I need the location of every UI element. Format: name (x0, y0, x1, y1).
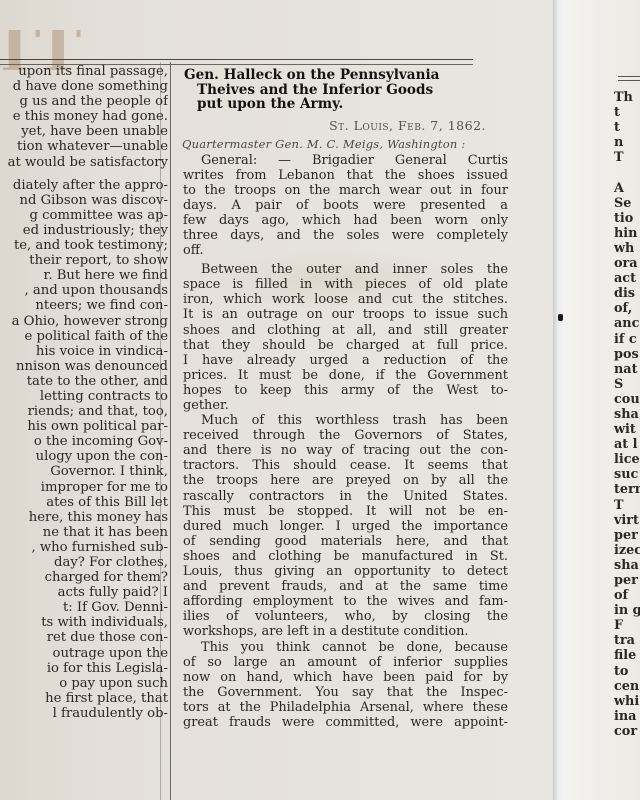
left-column-line: improper for me to (0, 480, 168, 495)
article-line: and there is no way of tracing out the c… (183, 443, 508, 458)
facing-page-line: F (614, 618, 640, 633)
facing-page-line: cen (614, 679, 640, 694)
facing-page-line: cou (614, 392, 640, 407)
left-column-line: nd Gibson was discov- (0, 193, 168, 208)
facing-page: ThttnTASetiohinwhoraactdisof,ancif cposn… (567, 0, 640, 800)
left-column-line: ts with individuals, (0, 615, 168, 630)
facing-page-rule (618, 76, 640, 81)
left-column-line: ne that it has been (0, 525, 168, 540)
facing-page-line: T (614, 150, 640, 165)
article-line: great frauds were committed, were appoin… (183, 715, 508, 730)
facing-page-line: tra (614, 633, 640, 648)
article-line: the Government. You say that the Inspec- (183, 685, 508, 700)
left-column-line: , and upon thousands (0, 283, 168, 298)
facing-page-line: Th (614, 90, 640, 105)
article-line: off. (183, 243, 508, 258)
facing-page-line: izec (614, 543, 640, 558)
facing-page-line: dis (614, 286, 640, 301)
article-line: received through the Governors of States… (183, 428, 508, 443)
facing-page-line: if c (614, 332, 640, 347)
facing-page-line (614, 165, 640, 180)
left-column-line: g committee was ap- (0, 208, 168, 223)
article-line: Between the outer and inner soles the (183, 262, 508, 277)
article-line: dured much longer. I urged the importanc… (183, 519, 508, 534)
facing-page-line: whi (614, 694, 640, 709)
article-line: space is filled in with pieces of old pl… (183, 277, 508, 292)
left-column-line: t: If Gov. Denni- (0, 600, 168, 615)
article-line: now on hand, which have been paid for by (183, 670, 508, 685)
left-column-line: Governor. I think, (0, 464, 168, 479)
facing-page-line: sha (614, 558, 640, 573)
article-line: tors at the Philadelphia Arsenal, where … (183, 700, 508, 715)
facing-page-line: tern (614, 482, 640, 497)
facing-page-line: S (614, 377, 640, 392)
headline-line-1: Gen. Halleck on the Pennsylvania (178, 68, 508, 83)
facing-page-line: sha (614, 407, 640, 422)
facing-page-line: nat (614, 362, 640, 377)
left-column-line: his voice in vindica- (0, 344, 168, 359)
left-column-line: d have done something (0, 79, 168, 94)
facing-page-line: Se (614, 196, 640, 211)
facing-page-line: suc (614, 467, 640, 482)
left-column-line: diately after the appro- (0, 178, 168, 193)
article-line: hopes to keep this army of the West to- (183, 383, 508, 398)
article-headline: Gen. Halleck on the Pennsylvania Theives… (178, 68, 508, 112)
left-column-line: g us and the people of (0, 94, 168, 109)
facing-page-line: ora (614, 256, 640, 271)
left-column-line: here, this money has (0, 510, 168, 525)
article-line: rascally contractors in the United State… (183, 489, 508, 504)
ink-dot (558, 314, 563, 321)
left-column-line: ates of this Bill let (0, 495, 168, 510)
facing-page-line: cor (614, 724, 640, 739)
facing-page-line: wh (614, 241, 640, 256)
facing-page-line: per (614, 573, 640, 588)
facing-page-line: n (614, 135, 640, 150)
left-column-line: letting contracts to (0, 389, 168, 404)
left-column-line: l fraudulently ob- (0, 706, 168, 721)
left-column-line: tion whatever—unable (0, 139, 168, 154)
facing-page-line: ina (614, 709, 640, 724)
article-line: three days, and the soles were completel… (183, 228, 508, 243)
left-column-line: tate to the other, and (0, 374, 168, 389)
facing-page-line: act (614, 271, 640, 286)
article-line: Much of this worthless trash has been (183, 413, 508, 428)
left-column-line: ed industriously; they (0, 223, 168, 238)
left-column-line: o the incoming Gov- (0, 434, 168, 449)
article-line: affording employment to the wives and fa… (183, 594, 508, 609)
left-column-line: day? For clothes, (0, 555, 168, 570)
article-salutation: Quartermaster Gen. M. C. Meigs, Washingt… (178, 137, 508, 151)
facing-page-line: T (614, 498, 640, 513)
left-column-line: , who furnished sub- (0, 540, 168, 555)
article-line: of sending good materials here, and that (183, 534, 508, 549)
article-line: prices. It must be done, if the Governme… (183, 368, 508, 383)
facing-page-line: of, (614, 301, 640, 316)
left-column-line: a Ohio, however strong (0, 314, 168, 329)
article-line: to the troops on the march wear out in f… (183, 183, 508, 198)
facing-page-line: wit (614, 422, 640, 437)
facing-page-line: in g (614, 603, 640, 618)
article-body: General: — Brigadier General Curtiswrite… (178, 153, 508, 731)
article-line: shoes and clothing be manufactured in St… (183, 549, 508, 564)
right-column-text: ThttnTASetiohinwhoraactdisof,ancif cposn… (614, 90, 640, 739)
facing-page-line: pos (614, 347, 640, 362)
article-line: This you think cannot be done, because (183, 640, 508, 655)
facing-page-line: to (614, 664, 640, 679)
left-column-line: e political faith of the (0, 329, 168, 344)
article-line: and prevent frauds, and at the same time (183, 579, 508, 594)
article-line: It is an outrage on our troops to issue … (183, 307, 508, 322)
left-column-line: e this money had gone. (0, 109, 168, 124)
left-column-line: outrage upon the (0, 646, 168, 661)
left-column-line: te, and took testimony; (0, 238, 168, 253)
left-column-line: nnison was denounced (0, 359, 168, 374)
article-dateline: St. Louis, Feb. 7, 1862. (178, 118, 508, 133)
headline-line-2: Theives and the Inferior Goods (178, 83, 508, 98)
article-line: gether. (183, 398, 508, 413)
left-column-line (0, 170, 168, 178)
left-column-line: his own political par- (0, 419, 168, 434)
left-column-line: he first place, that (0, 691, 168, 706)
article-line: Louis, thus giving an opportunity to det… (183, 564, 508, 579)
article-line: that they should be charged at full pric… (183, 338, 508, 353)
left-column-line: r. But here we find (0, 268, 168, 283)
article-line: workshops, are left in a destitute condi… (183, 624, 508, 639)
left-column-line: riends; and that, too, (0, 404, 168, 419)
newspaper-page: IT upon its final passage,d have done so… (0, 0, 553, 800)
article-line: I have already urged a reduction of the (183, 353, 508, 368)
facing-page-line: file (614, 648, 640, 663)
facing-page-line: t (614, 105, 640, 120)
article: Gen. Halleck on the Pennsylvania Theives… (178, 68, 508, 730)
facing-page-line: tio (614, 211, 640, 226)
left-column-line: o pay upon such (0, 676, 168, 691)
article-line: days. A pair of boots were presented a (183, 198, 508, 213)
page-gutter (553, 0, 567, 800)
left-column-line: nteers; we find con- (0, 298, 168, 313)
left-column-line: charged for them? (0, 570, 168, 585)
facing-page-line: anc (614, 316, 640, 331)
facing-page-line: hin (614, 226, 640, 241)
facing-page-line: t (614, 120, 640, 135)
article-line: ilies of volunteers, who, by closing the (183, 609, 508, 624)
facing-page-line: at l (614, 437, 640, 452)
left-column-line: io for this Legisla- (0, 661, 168, 676)
article-line: General: — Brigadier General Curtis (183, 153, 508, 168)
left-column-line: yet, have been unable (0, 124, 168, 139)
left-column-text: upon its final passage,d have done somet… (0, 64, 168, 721)
facing-page-line: of (614, 588, 640, 603)
column-rule-main (170, 62, 171, 800)
left-column-line: at would be satisfactory (0, 155, 168, 170)
article-line: the troops here are preyed on by all the (183, 473, 508, 488)
article-line: This must be stopped. It will not be en- (183, 504, 508, 519)
facing-page-line: lice (614, 452, 640, 467)
left-column-line: their report, to show (0, 253, 168, 268)
left-column-line: upon its final passage, (0, 64, 168, 79)
article-line: tractors. This should cease. It seems th… (183, 458, 508, 473)
left-column-line: ret due those con- (0, 630, 168, 645)
headline-line-3: put upon the Army. (178, 97, 508, 112)
facing-page-line: A (614, 181, 640, 196)
article-line: of so large an amount of inferior suppli… (183, 655, 508, 670)
article-line: iron, which work loose and cut the stitc… (183, 292, 508, 307)
left-column-line: acts fully paid? I (0, 585, 168, 600)
facing-page-line: virt (614, 513, 640, 528)
article-line: writes from Lebanon that the shoes issue… (183, 168, 508, 183)
left-column-line: ulogy upon the con- (0, 449, 168, 464)
article-line: few days ago, which had been worn only (183, 213, 508, 228)
facing-page-line: per (614, 528, 640, 543)
article-line: shoes and clothing at all, and still gre… (183, 323, 508, 338)
